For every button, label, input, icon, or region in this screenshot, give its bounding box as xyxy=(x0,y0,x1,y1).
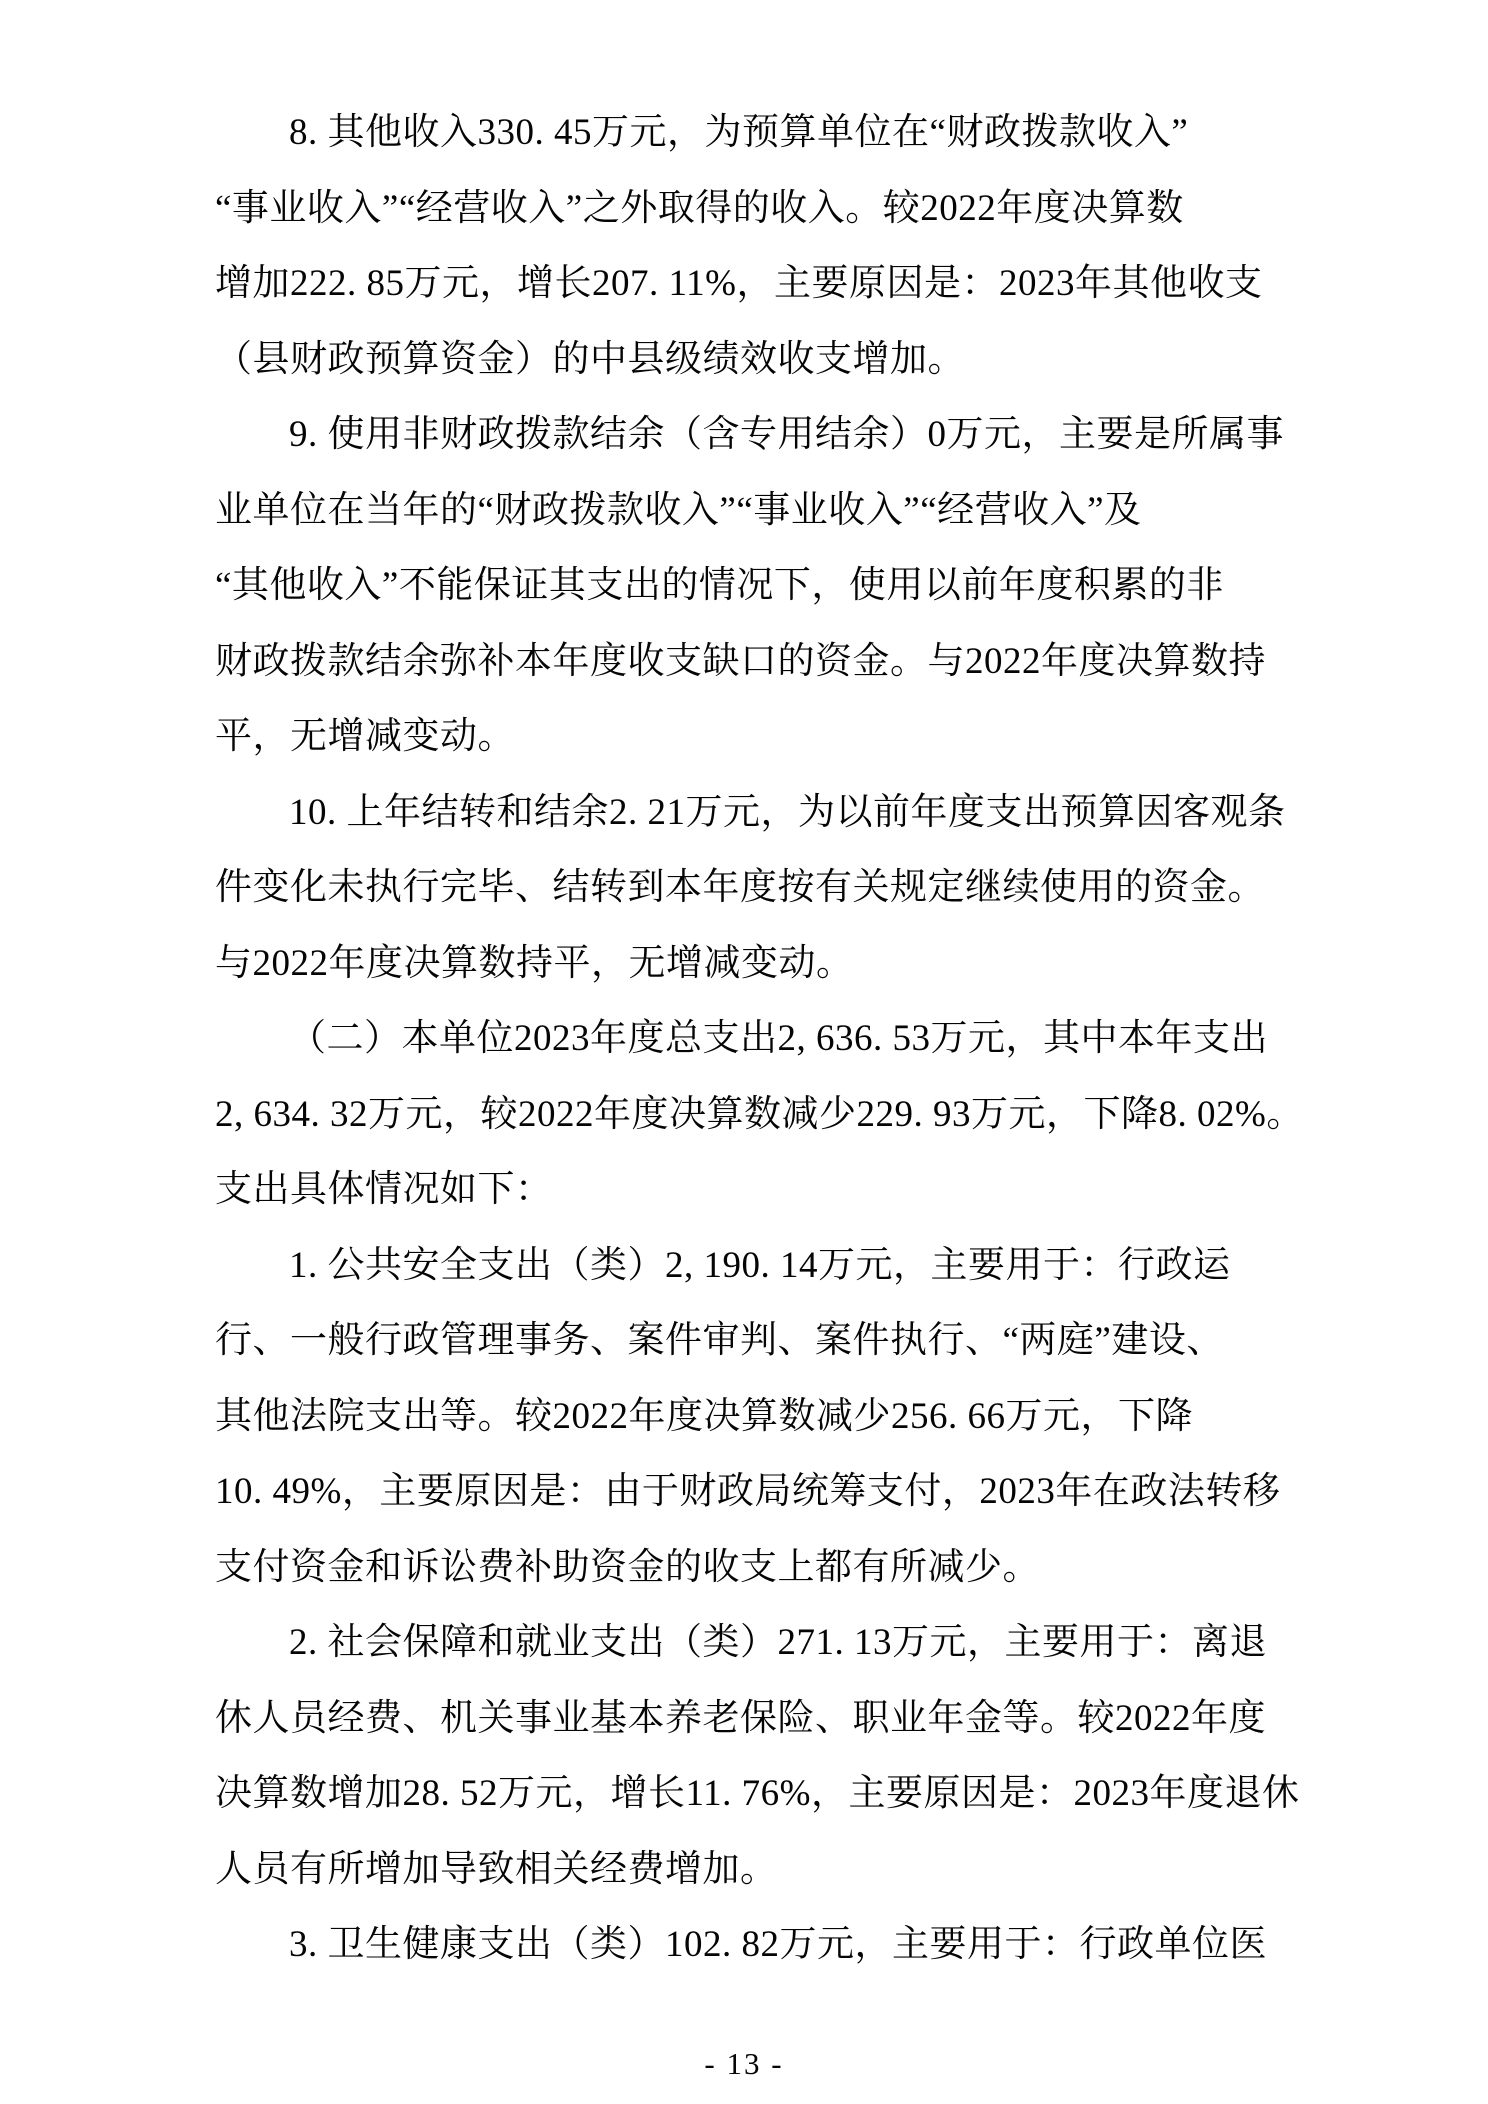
text-line: 行、一般行政管理事务、案件审判、案件执行、“两庭”建设、 xyxy=(215,1303,1340,1379)
text-line: 件变化未执行完毕、结转到本年度按有关规定继续使用的资金。 xyxy=(215,850,1340,926)
text-line: 决算数增加28. 52万元，增长11. 76%，主要原因是：2023年度退休 xyxy=(215,1756,1340,1832)
text-line: 8. 其他收入330. 45万元，为预算单位在“财政拨款收入” xyxy=(215,95,1340,171)
text-line: 3. 卫生健康支出（类）102. 82万元，主要用于：行政单位医 xyxy=(215,1907,1340,1983)
text-line: 支出具体情况如下： xyxy=(215,1152,1340,1228)
text-line: 平，无增减变动。 xyxy=(215,699,1340,775)
text-line: 支付资金和诉讼费补助资金的收支上都有所减少。 xyxy=(215,1530,1340,1606)
text-line: 10. 上年结转和结余2. 21万元，为以前年度支出预算因客观条 xyxy=(215,775,1340,851)
text-line: 业单位在当年的“财政拨款收入”“事业收入”“经营收入”及 xyxy=(215,473,1340,549)
text-line: 9. 使用非财政拨款结余（含专用结余）0万元，主要是所属事 xyxy=(215,397,1340,473)
document-page: 8. 其他收入330. 45万元，为预算单位在“财政拨款收入”“事业收入”“经营… xyxy=(0,0,1488,2104)
text-line: 休人员经费、机关事业基本养老保险、职业年金等。较2022年度 xyxy=(215,1681,1340,1757)
document-body: 8. 其他收入330. 45万元，为预算单位在“财政拨款收入”“事业收入”“经营… xyxy=(215,95,1340,1983)
text-line: 增加222. 85万元，增长207. 11%，主要原因是：2023年其他收支 xyxy=(215,246,1340,322)
text-line: （二）本单位2023年度总支出2, 636. 53万元，其中本年支出 xyxy=(215,1001,1340,1077)
text-line: 10. 49%，主要原因是：由于财政局统筹支付，2023年在政法转移 xyxy=(215,1454,1340,1530)
text-line: 2, 634. 32万元，较2022年度决算数减少229. 93万元，下降8. … xyxy=(215,1077,1340,1153)
text-line: 2. 社会保障和就业支出（类）271. 13万元，主要用于：离退 xyxy=(215,1605,1340,1681)
text-line: 人员有所增加导致相关经费增加。 xyxy=(215,1832,1340,1908)
text-line: “其他收入”不能保证其支出的情况下，使用以前年度积累的非 xyxy=(215,548,1340,624)
text-line: 财政拨款结余弥补本年度收支缺口的资金。与2022年度决算数持 xyxy=(215,624,1340,700)
text-line: 与2022年度决算数持平，无增减变动。 xyxy=(215,926,1340,1002)
text-line: 其他法院支出等。较2022年度决算数减少256. 66万元，下降 xyxy=(215,1379,1340,1455)
text-line: “事业收入”“经营收入”之外取得的收入。较2022年度决算数 xyxy=(215,171,1340,247)
text-line: （县财政预算资金）的中县级绩效收支增加。 xyxy=(215,322,1340,398)
page-number: - 13 - xyxy=(0,2046,1488,2082)
text-line: 1. 公共安全支出（类）2, 190. 14万元，主要用于：行政运 xyxy=(215,1228,1340,1304)
